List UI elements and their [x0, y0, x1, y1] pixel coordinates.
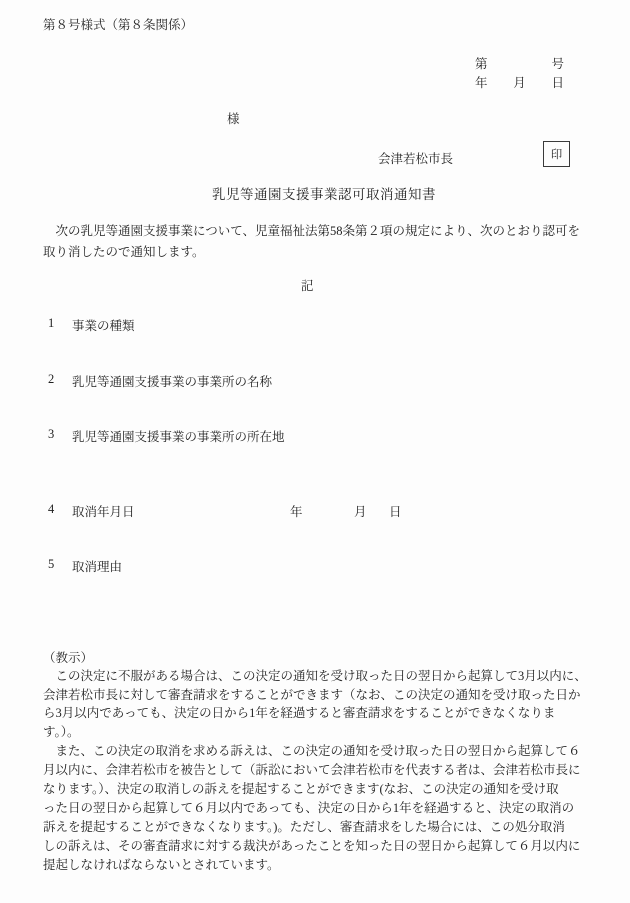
text-line: 月以内に、会津若松市を被告として（訴訟において会津若松市を代表する者は、会津若松… [43, 761, 581, 780]
cancel-date-year-label: 年 [290, 502, 303, 520]
text-line: った日の翌日から起算して６月以内であっても、決定の日から1年を経過すると、決定の… [43, 799, 581, 818]
instruction-paragraph-1: この決定に不服がある場合は、この決定の通知を受け取った日の翌日から起算して3月以… [43, 667, 587, 741]
item-label: 取消年月日 [72, 502, 135, 520]
text-line: また、この決定の取消を求める訴えは、この決定の通知を受け取った日の翌日から起算し… [43, 742, 581, 761]
item-number: 2 [48, 372, 72, 390]
text-line: なります。）、決定の取消しの訴えを提起することができます(なお、この決定の通知を… [43, 780, 581, 799]
ki-marker: 記 [301, 276, 314, 294]
list-item-5: 5 取消理由 [48, 557, 122, 575]
item-number: 4 [48, 502, 72, 520]
seal-placeholder-box: 印 [543, 141, 570, 167]
document-title: 乳児等通園支援事業認可取消通知書 [212, 183, 436, 203]
form-number-label: 第８号様式（第８条関係） [43, 15, 193, 33]
document-page: 第８号様式（第８条関係） 第 号 年 月 日 様 会津若松市長 印 乳児等通園支… [0, 0, 630, 903]
issuer-name: 会津若松市長 [378, 149, 453, 167]
cancel-date-day-label: 日 [389, 502, 402, 520]
item-number: 3 [48, 427, 72, 445]
date-year-label: 年 [475, 73, 488, 91]
list-item-3: 3 乳児等通園支援事業の事業所の所在地 [48, 427, 285, 445]
item-label: 乳児等通園支援事業の事業所の所在地 [72, 427, 285, 445]
item-label: 事業の種類 [72, 316, 135, 334]
date-month-label: 月 [513, 73, 526, 91]
issue-date-line: 年 月 日 [475, 73, 564, 91]
text-line: ら3月以内であっても、決定の日から1年を経過すると審査請求をすることができなくな… [43, 704, 587, 723]
instruction-section-heading: （教示） [43, 648, 93, 666]
item-label: 乳児等通園支援事業の事業所の名称 [72, 372, 272, 390]
item-number: 5 [48, 557, 72, 575]
date-day-label: 日 [551, 73, 564, 91]
document-number-suffix: 号 [551, 54, 564, 72]
text-line: この決定に不服がある場合は、この決定の通知を受け取った日の翌日から起算して3月以… [43, 667, 587, 686]
text-line: しの訴えは、その審査請求に対する裁決があったことを知った日の翌日から起算して６月… [43, 837, 581, 856]
document-number-prefix: 第 [475, 54, 488, 72]
text-line: 訴えを提起することができなくなります。)。ただし、審査請求をした場合には、この処… [43, 818, 581, 837]
text-line: 次の乳児等通園支援事業について、児童福祉法第58条第２項の規定により、次のとおり… [43, 221, 580, 242]
item-label: 取消理由 [72, 557, 122, 575]
list-item-4: 4 取消年月日 [48, 502, 135, 520]
text-line: す。）。 [43, 723, 587, 742]
text-line: 取り消したので通知します。 [43, 242, 580, 263]
instruction-paragraph-2: また、この決定の取消を求める訴えは、この決定の通知を受け取った日の翌日から起算し… [43, 742, 581, 875]
recipient-honorific: 様 [227, 109, 240, 127]
list-item-2: 2 乳児等通園支援事業の事業所の名称 [48, 372, 272, 390]
list-item-1: 1 事業の種類 [48, 316, 135, 334]
item-number: 1 [48, 316, 72, 334]
body-paragraph: 次の乳児等通園支援事業について、児童福祉法第58条第２項の規定により、次のとおり… [43, 221, 580, 262]
cancel-date-month-label: 月 [354, 502, 367, 520]
document-number-line: 第 号 [475, 54, 564, 72]
seal-label: 印 [551, 146, 563, 162]
text-line: 会津若松市長に対して審査請求をすることができます（なお、この決定の通知を受け取っ… [43, 686, 587, 705]
text-line: 提起しなければならないとされています。 [43, 856, 581, 875]
